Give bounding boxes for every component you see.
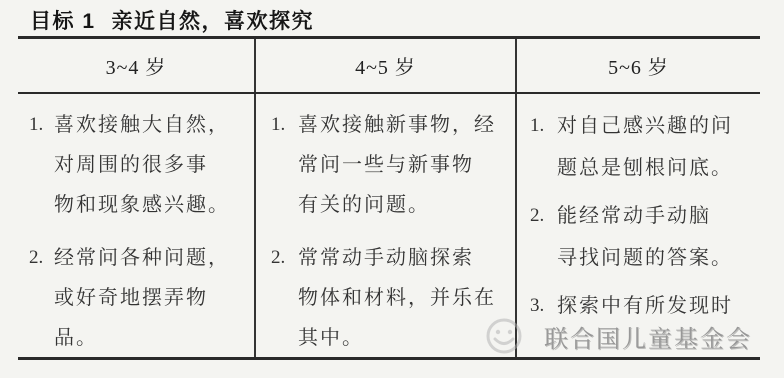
age-column-header-3-4: 3~4 岁 xyxy=(18,39,256,92)
list-item-text: 常常动手动脑探索 物体和材料，并乐在 其中。 xyxy=(298,238,496,358)
list-item-number: 2. xyxy=(527,195,557,279)
age-column-header-4-5: 4~5 岁 xyxy=(256,39,517,92)
list-item-text: 对自己感兴趣的问 题总是刨根问底。 xyxy=(557,105,733,189)
list-item: 1. 对自己感兴趣的问 题总是刨根问底。 xyxy=(527,105,760,189)
list-item: 2. 经常问各种问题， 或好奇地摆弄物 品。 xyxy=(26,238,254,358)
list-item-number: 1. xyxy=(268,105,298,225)
age-column-3-4-content: 1. 喜欢接触大自然， 对周围的很多事 物和现象感兴趣。 2. 经常问各种问题，… xyxy=(18,94,256,357)
list-item: 1. 喜欢接触新事物，经 常问一些与新事物 有关的问题。 xyxy=(268,105,515,225)
age-column-4-5-content: 1. 喜欢接触新事物，经 常问一些与新事物 有关的问题。 2. 常常动手动脑探索… xyxy=(256,94,517,357)
list-item: 2. 常常动手动脑探索 物体和材料，并乐在 其中。 xyxy=(268,238,515,358)
list-item-number: 1. xyxy=(26,105,54,225)
list-item-text: 探索中有所发现时 xyxy=(557,285,733,327)
list-item: 1. 喜欢接触大自然， 对周围的很多事 物和现象感兴趣。 xyxy=(26,105,254,225)
list-item-number: 2. xyxy=(268,238,298,358)
goal-number-label: 目标 1 xyxy=(30,10,96,33)
list-item-number: 1. xyxy=(527,105,557,189)
list-item: 3. 探索中有所发现时 xyxy=(527,285,760,327)
development-goals-table: 3~4 岁 4~5 岁 5~6 岁 1. 喜欢接触大自然， 对周围的很多事 物和… xyxy=(18,36,760,360)
age-column-5-6-content: 1. 对自己感兴趣的问 题总是刨根问底。 2. 能经常动手动脑 寻找问题的答案。… xyxy=(517,94,760,357)
list-item-text: 能经常动手动脑 寻找问题的答案。 xyxy=(557,195,733,279)
age-column-header-5-6: 5~6 岁 xyxy=(517,39,760,92)
list-item-text: 喜欢接触新事物，经 常问一些与新事物 有关的问题。 xyxy=(298,105,496,225)
table-body-row: 1. 喜欢接触大自然， 对周围的很多事 物和现象感兴趣。 2. 经常问各种问题，… xyxy=(18,94,760,357)
page-title: 目标 1亲近自然，喜欢探究 xyxy=(30,5,314,35)
list-item-text: 喜欢接触大自然， 对周围的很多事 物和现象感兴趣。 xyxy=(54,105,230,225)
list-item-text: 经常问各种问题， 或好奇地摆弄物 品。 xyxy=(54,238,230,358)
list-item-number: 3. xyxy=(527,285,557,327)
table-header-row: 3~4 岁 4~5 岁 5~6 岁 xyxy=(18,39,760,94)
list-item: 2. 能经常动手动脑 寻找问题的答案。 xyxy=(527,195,760,279)
goal-title-text: 亲近自然，喜欢探究 xyxy=(112,10,315,33)
list-item-number: 2. xyxy=(26,238,54,358)
